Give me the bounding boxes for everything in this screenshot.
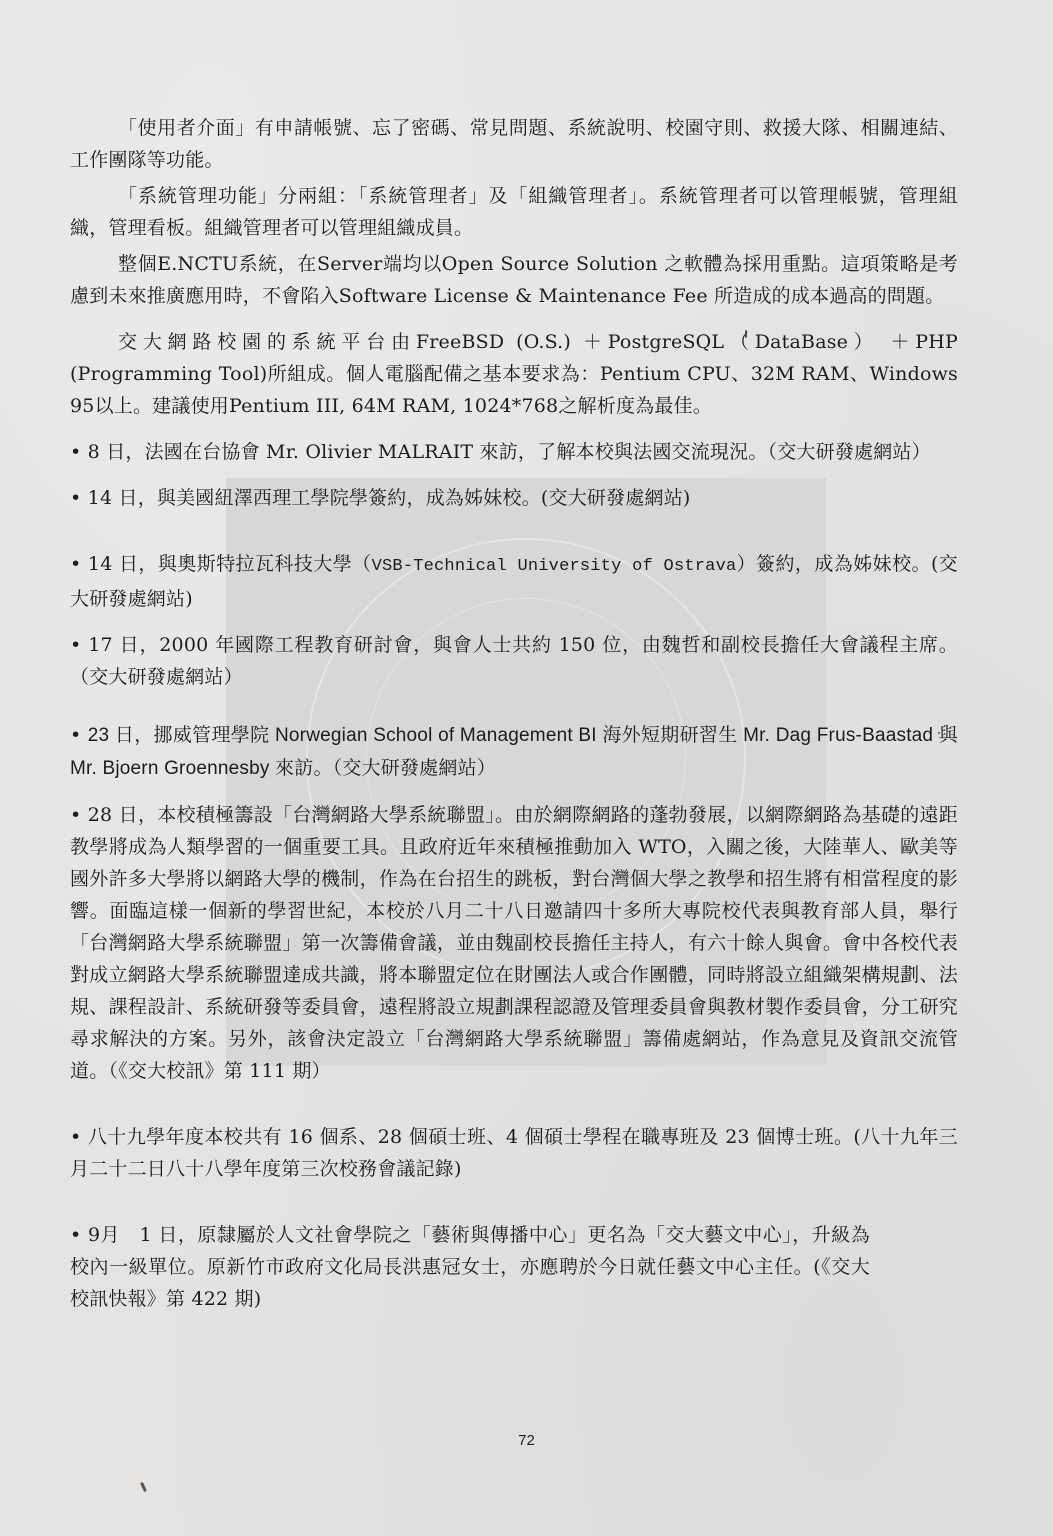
bullet-icon: • xyxy=(70,1126,81,1148)
event-text: 28 日，本校積極籌設「台灣網路大學系統聯盟」。由於網際網路的蓬勃發展，以網際網… xyxy=(70,804,958,1082)
bullet-icon: • xyxy=(70,804,81,826)
event-day-17: • 17 日，2000 年國際工程教育研討會，與會人士共約 150 位，由魏哲和… xyxy=(70,629,958,693)
bullet-icon: • xyxy=(70,634,81,656)
event-day-14-vsb: • 14 日，與奧斯特拉瓦科技大學（VSB-Technical Universi… xyxy=(70,548,958,615)
event-day-8: • 8 日，法國在台協會 Mr. Olivier MALRAIT 來訪，了解本校… xyxy=(70,436,958,468)
paragraph-open-source: 整個E.NCTU系統，在Server端均以Open Source Solutio… xyxy=(70,248,958,312)
document-body: 「使用者介面」有申請帳號、忘了密碼、常見問題、系統說明、校園守則、救援大隊、相關… xyxy=(70,112,958,1315)
event-text: 14 日，與美國紐澤西理工學院學簽約，成為姊妹校。(交大研發處網站) xyxy=(88,487,691,509)
bullet-icon: • xyxy=(70,1224,81,1246)
bullet-icon: • xyxy=(70,487,81,509)
event-text: 9月 1 日，原隸屬於人文社會學院之「藝術與傳播中心」更名為「交大藝文中心」，升… xyxy=(70,1224,870,1310)
event-text-university-name: VSB-Technical University of Ostrava xyxy=(372,557,737,576)
event-day-28: • 28 日，本校積極籌設「台灣網路大學系統聯盟」。由於網際網路的蓬勃發展，以網… xyxy=(70,799,958,1087)
scan-speck xyxy=(140,1482,147,1492)
event-academic-year-89: • 八十九學年度本校共有 16 個系、28 個碩士班、4 個碩士學程在職專班及 … xyxy=(70,1121,958,1185)
bullet-icon: • xyxy=(70,724,81,746)
event-day-14-njit: • 14 日，與美國紐澤西理工學院學簽約，成為姊妹校。(交大研發處網站) xyxy=(70,482,958,514)
event-text: 23 日，挪威管理學院 Norwegian School of Manageme… xyxy=(70,725,958,779)
event-text: 17 日，2000 年國際工程教育研討會，與會人士共約 150 位，由魏哲和副校… xyxy=(70,634,958,688)
paragraph-platform: 交大網路校園的系統平台由FreeBSD (O.S.) ＋PostgreSQL（D… xyxy=(70,326,958,422)
page-number: 72 xyxy=(0,1432,1053,1449)
paragraph-system-management: 「系統管理功能」分兩組：「系統管理者」及「組織管理者」。系統管理者可以管理帳號，… xyxy=(70,180,958,244)
event-sept-1: • 9月 1 日，原隸屬於人文社會學院之「藝術與傳播中心」更名為「交大藝文中心」… xyxy=(70,1219,870,1315)
event-text-before: 14 日，與奧斯特拉瓦科技大學（ xyxy=(88,553,372,575)
bullet-icon: • xyxy=(70,553,81,575)
paragraph-user-interface: 「使用者介面」有申請帳號、忘了密碼、常見問題、系統說明、校園守則、救援大隊、相關… xyxy=(70,112,958,176)
event-day-23: • 23 日，挪威管理學院 Norwegian School of Manage… xyxy=(70,719,958,785)
event-text: 八十九學年度本校共有 16 個系、28 個碩士班、4 個碩士學程在職專班及 23… xyxy=(70,1126,958,1180)
bullet-icon: • xyxy=(70,441,81,463)
event-text: 8 日，法國在台協會 Mr. Olivier MALRAIT 來訪，了解本校與法… xyxy=(88,441,931,463)
